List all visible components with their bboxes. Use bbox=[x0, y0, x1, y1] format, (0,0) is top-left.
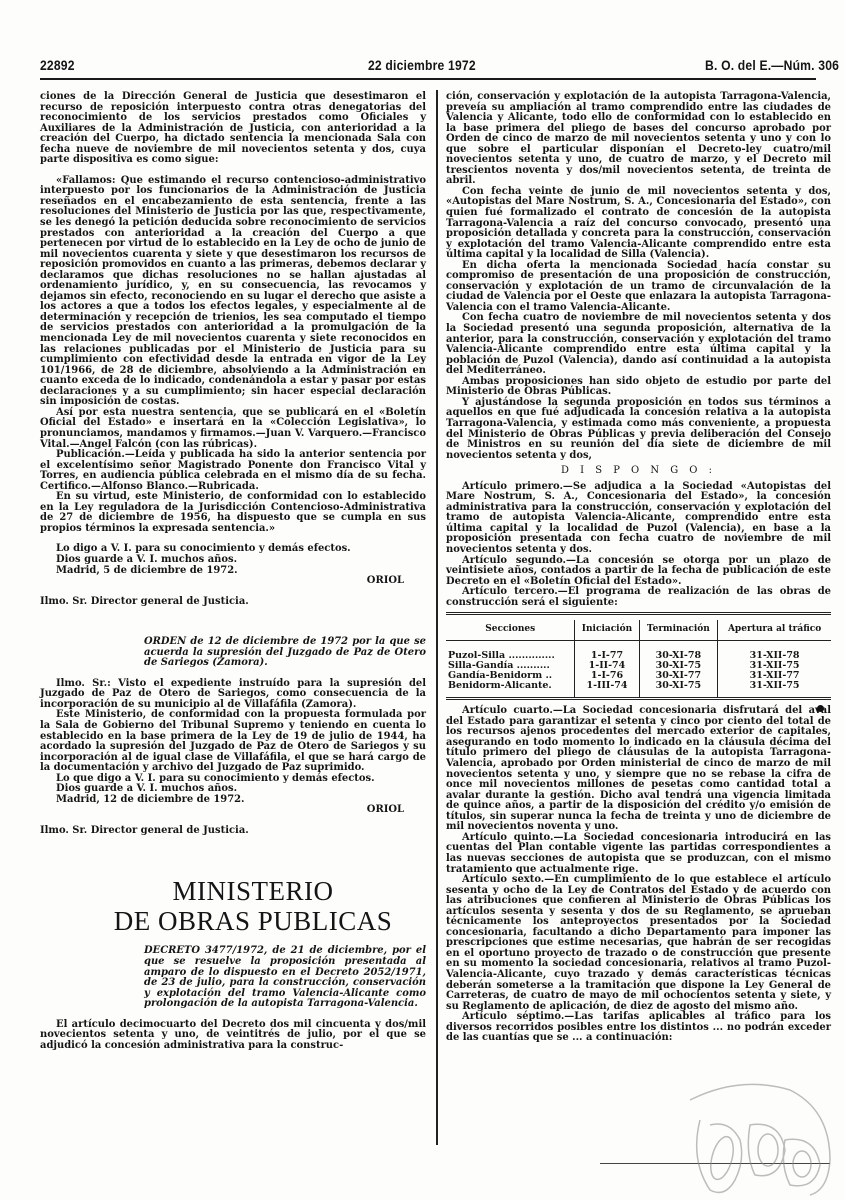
dispongo-heading: D I S P O N G O : bbox=[446, 466, 831, 477]
paragraph: El artículo decimocuarto del Decreto dos… bbox=[40, 1020, 426, 1052]
paragraph: Ilmo. Sr.: Visto el expediente instruído… bbox=[40, 679, 426, 711]
column-header: Apertura al tráfico bbox=[718, 620, 831, 641]
table-row: Benidorm-Alicante. 1-III-74 30-XI-75 31-… bbox=[446, 681, 831, 691]
page-header: 22892 22 diciembre 1972 B. O. del E.—Núm… bbox=[40, 58, 816, 80]
article-7: Artículo séptimo.—Las tarifas aplicables… bbox=[446, 1012, 831, 1044]
article-3: Artículo tercero.—El programa de realiza… bbox=[446, 587, 831, 608]
paragraph: Así por esta nuestra sentencia, que se p… bbox=[40, 408, 426, 450]
paragraph: Con fecha veinte de junio de mil novecie… bbox=[446, 187, 831, 261]
addressee: Ilmo. Sr. Director general de Justicia. bbox=[40, 597, 426, 608]
table-header-row: Secciones Iniciación Terminación Apertur… bbox=[446, 620, 831, 641]
article-5: Artículo quinto.—La Sociedad concesionar… bbox=[446, 833, 831, 875]
paragraph: Con fecha cuatro de noviembre de mil nov… bbox=[446, 313, 831, 376]
page-number: 22892 bbox=[40, 58, 75, 73]
left-column: ciones de la Dirección General de Justic… bbox=[40, 92, 426, 1051]
paragraph: En su virtud, este Ministerio, de confor… bbox=[40, 492, 426, 534]
ministry-title-line1: MINISTERIO bbox=[80, 876, 426, 906]
column-header: Terminación bbox=[639, 620, 718, 641]
closing-line: Dios guarde a V. I. muchos años. bbox=[40, 555, 426, 566]
boe-watermark-logo-icon bbox=[680, 1080, 840, 1200]
article-4: Artículo cuarto.—La Sociedad concesionar… bbox=[446, 706, 831, 833]
sentence-quote: «Fallamos: Que estimando el recurso cont… bbox=[40, 176, 426, 408]
paragraph: Publicación.—Leída y publicada ha sido l… bbox=[40, 450, 426, 492]
paragraph: ción, conservación y explotación de la a… bbox=[446, 92, 831, 187]
column-divider bbox=[436, 90, 438, 1145]
issue-date: 22 diciembre 1972 bbox=[368, 58, 476, 73]
construction-schedule-table: Secciones Iniciación Terminación Apertur… bbox=[446, 612, 831, 700]
article-6: Artículo sexto.—En cumplimiento de lo qu… bbox=[446, 875, 831, 1012]
article-1: Artículo primero.—Se adjudica a la Socie… bbox=[446, 482, 831, 556]
paragraph: Este Ministerio, de conformidad con la p… bbox=[40, 710, 426, 773]
addressee: Ilmo. Sr. Director general de Justicia. bbox=[40, 826, 426, 837]
right-column: ción, conservación y explotación de la a… bbox=[446, 92, 831, 1044]
paragraph: Y ajustándose la segunda proposición en … bbox=[446, 398, 831, 461]
paragraph: En dicha oferta la mencionada Sociedad h… bbox=[446, 261, 831, 314]
orden-heading: ORDEN de 12 de diciembre de 1972 por la … bbox=[144, 637, 426, 669]
column-header: Iniciación bbox=[575, 620, 639, 641]
margin-dot bbox=[817, 705, 824, 712]
decreto-heading: DECRETO 3477/1972, de 21 de diciembre, p… bbox=[144, 946, 426, 1009]
article-2: Artículo segundo.—La concesión se otorga… bbox=[446, 556, 831, 588]
paragraph: Ambas proposiciones han sido objeto de e… bbox=[446, 377, 831, 398]
signature: ORIOL bbox=[40, 576, 426, 587]
signature: ORIOL bbox=[40, 805, 426, 816]
publication-number: B. O. del E.—Núm. 306 bbox=[705, 58, 839, 73]
ministry-title-line2: DE OBRAS PUBLICAS bbox=[80, 906, 426, 936]
column-header: Secciones bbox=[446, 620, 575, 641]
paragraph: ciones de la Dirección General de Justic… bbox=[40, 92, 426, 166]
